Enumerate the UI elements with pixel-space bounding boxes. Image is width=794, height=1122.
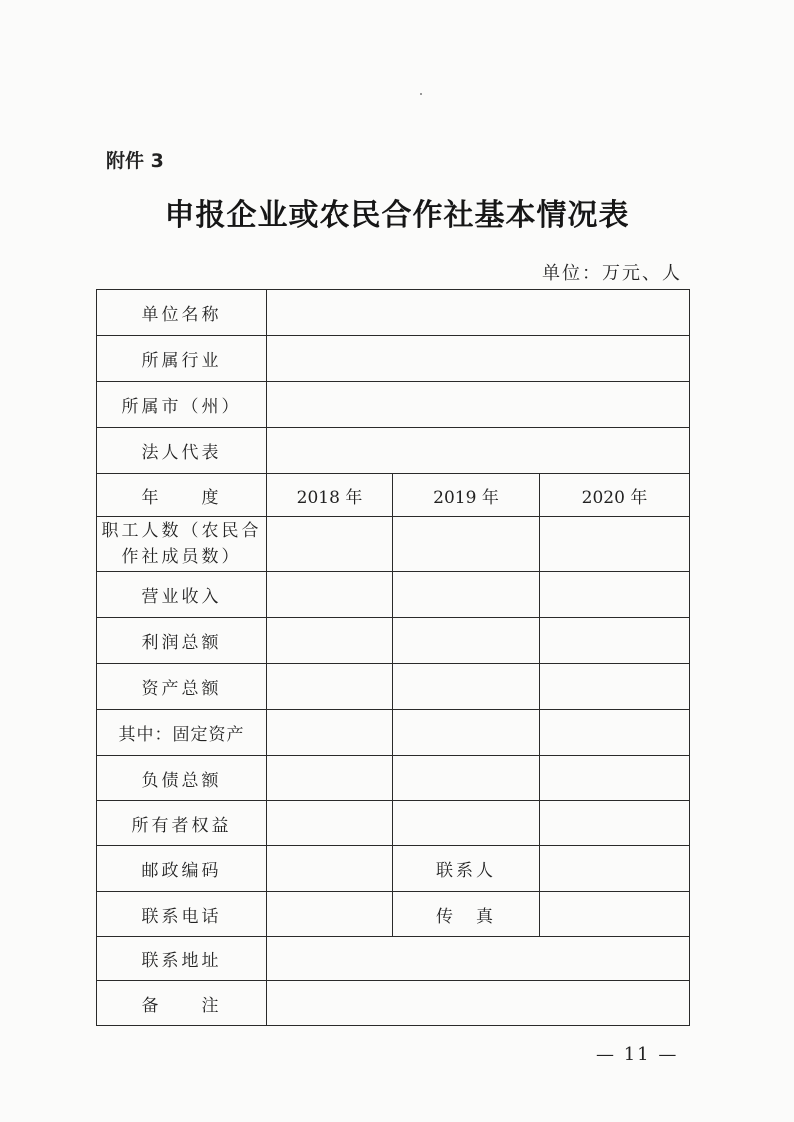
revenue-2018-field[interactable] [267, 572, 393, 618]
liabilities-2019-field[interactable] [393, 756, 540, 801]
phone-field[interactable] [267, 892, 393, 937]
legal-rep-field[interactable] [267, 428, 690, 474]
equity-2020-field[interactable] [540, 801, 690, 846]
table-row: 所属行业 [97, 336, 690, 382]
row-label: 单位名称 [97, 290, 267, 336]
row-label-line2: 作社成员数） [97, 544, 266, 570]
table-row: 联系地址 [97, 937, 690, 981]
fax-field[interactable] [540, 892, 690, 937]
table-row: 邮政编码 联系人 [97, 846, 690, 892]
table-row: 利润总额 [97, 618, 690, 664]
unit-name-field[interactable] [267, 290, 690, 336]
table-row: 法人代表 [97, 428, 690, 474]
contact-person-field[interactable] [540, 846, 690, 892]
table-row: 所有者权益 [97, 801, 690, 846]
row-label: 备 注 [97, 981, 267, 1026]
postal-code-field[interactable] [267, 846, 393, 892]
fixed-assets-2018-field[interactable] [267, 710, 393, 756]
row-label: 联系人 [393, 846, 540, 892]
city-field[interactable] [267, 382, 690, 428]
year-2019-header: 2019 年 [393, 474, 540, 517]
table-row: 联系电话 传 真 [97, 892, 690, 937]
row-label: 法人代表 [97, 428, 267, 474]
year-2020-header: 2020 年 [540, 474, 690, 517]
assets-2018-field[interactable] [267, 664, 393, 710]
fixed-assets-2019-field[interactable] [393, 710, 540, 756]
remarks-field[interactable] [267, 981, 690, 1026]
assets-2020-field[interactable] [540, 664, 690, 710]
scan-speck [420, 93, 422, 95]
table-row: 其中：固定资产 [97, 710, 690, 756]
employees-2020-field[interactable] [540, 517, 690, 572]
row-label: 传 真 [393, 892, 540, 937]
attachment-label: 附件 3 [106, 146, 164, 173]
row-label: 邮政编码 [97, 846, 267, 892]
row-label: 其中：固定资产 [97, 710, 267, 756]
page-title: 申报企业或农民合作社基本情况表 [0, 190, 794, 234]
assets-2019-field[interactable] [393, 664, 540, 710]
table-row: 负债总额 [97, 756, 690, 801]
table-row: 职工人数（农民合 作社成员数） [97, 517, 690, 572]
row-label: 联系地址 [97, 937, 267, 981]
equity-2019-field[interactable] [393, 801, 540, 846]
row-label: 资产总额 [97, 664, 267, 710]
revenue-2020-field[interactable] [540, 572, 690, 618]
unit-label: 单位：万元、人 [542, 259, 682, 285]
table-row: 备 注 [97, 981, 690, 1026]
row-label: 负债总额 [97, 756, 267, 801]
revenue-2019-field[interactable] [393, 572, 540, 618]
year-header-label: 年 度 [97, 474, 267, 517]
row-label: 利润总额 [97, 618, 267, 664]
row-label: 联系电话 [97, 892, 267, 937]
table-row: 单位名称 [97, 290, 690, 336]
employees-2019-field[interactable] [393, 517, 540, 572]
row-label: 所有者权益 [97, 801, 267, 846]
liabilities-2020-field[interactable] [540, 756, 690, 801]
liabilities-2018-field[interactable] [267, 756, 393, 801]
year-2018-header: 2018 年 [267, 474, 393, 517]
row-label: 职工人数（农民合 作社成员数） [97, 517, 267, 572]
row-label: 营业收入 [97, 572, 267, 618]
address-field[interactable] [267, 937, 690, 981]
equity-2018-field[interactable] [267, 801, 393, 846]
profit-2018-field[interactable] [267, 618, 393, 664]
profit-2019-field[interactable] [393, 618, 540, 664]
table-row: 资产总额 [97, 664, 690, 710]
page-number: — 11 — [596, 1044, 678, 1065]
industry-field[interactable] [267, 336, 690, 382]
table-row: 所属市（州） [97, 382, 690, 428]
year-header-row: 年 度 2018 年 2019 年 2020 年 [97, 474, 690, 517]
employees-2018-field[interactable] [267, 517, 393, 572]
row-label: 所属行业 [97, 336, 267, 382]
row-label-line1: 职工人数（农民合 [97, 518, 266, 544]
fixed-assets-2020-field[interactable] [540, 710, 690, 756]
table-row: 营业收入 [97, 572, 690, 618]
basic-info-table: 单位名称 所属行业 所属市（州） 法人代表 年 度 2018 年 2019 年 … [96, 289, 690, 1026]
row-label: 所属市（州） [97, 382, 267, 428]
profit-2020-field[interactable] [540, 618, 690, 664]
